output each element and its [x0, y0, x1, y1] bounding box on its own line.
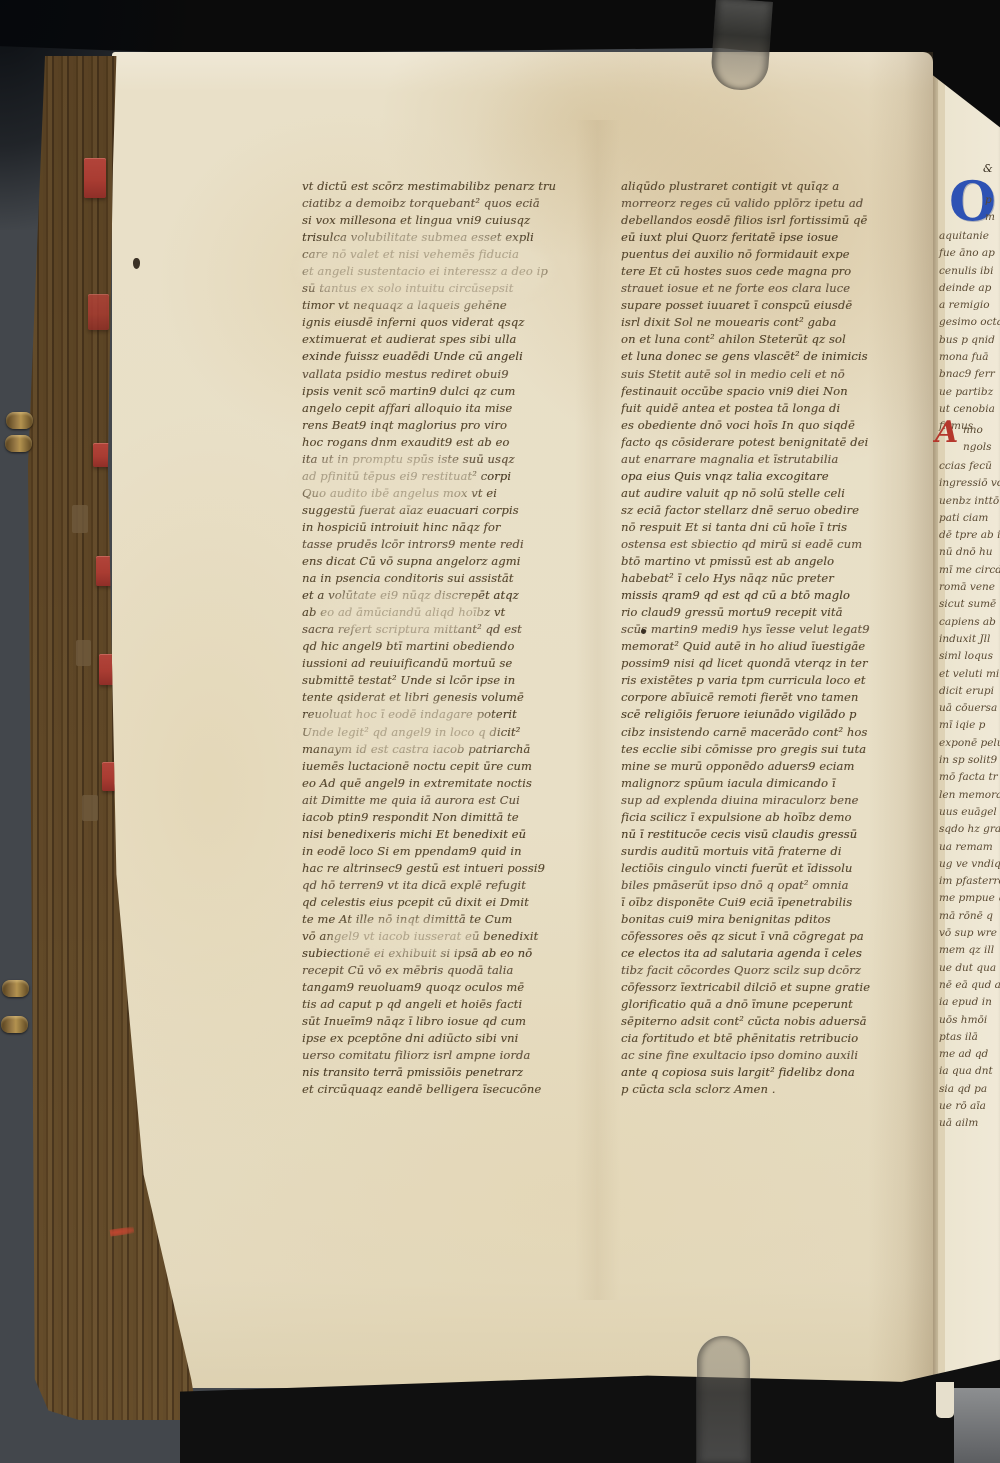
edge-text-fragment: mem qz ill — [939, 942, 1000, 959]
manuscript-line: in hospiciū introiuit hinc nāqz for — [302, 519, 588, 536]
edge-fragments-lower: ccias fecūingressiō vouenbz inttōpati ci… — [939, 458, 1000, 1133]
faded-ink-patch — [296, 452, 481, 510]
manuscript-line: ciatibz a demoibz torquebant² quos eciā — [302, 195, 588, 212]
manuscript-line: rio claud9 gressū mortu9 recepit vitā — [621, 604, 907, 621]
next-pages-edge: & O pm aquitaniefue āno apcenulis ibidei… — [933, 56, 1000, 1390]
edge-text-fragment: exponē pelu — [939, 735, 1000, 752]
text-column-left: vt dictū est scōrz mestimabilibz penarz … — [302, 178, 588, 1100]
manuscript-line: tes ecclie sibi cōmisse pro gregis sui t… — [621, 741, 907, 758]
manuscript-line: scē religiōis feruore ieiunādo vigilādo … — [621, 706, 907, 723]
manuscript-line: tangam9 reuoluam9 quoqz oculos mē — [302, 979, 588, 996]
manuscript-line: aut audire valuit qp nō solū stelle celi — [621, 485, 907, 502]
edge-text-fragment: ue dut qua — [939, 960, 1000, 977]
edge-text-fragment: pati ciam — [939, 510, 1000, 527]
manuscript-line: qd celestis eius pcepit cū dixit ei Dmit — [302, 894, 588, 911]
edge-text-fragment: ngols — [963, 439, 992, 456]
edge-text-fragment: uus euāgel — [939, 804, 1000, 821]
edge-text-fragment: mī iqie p — [939, 717, 1000, 734]
edge-text-fragment: bnac9 ferr — [939, 366, 1000, 383]
edge-text-fragment: nno — [963, 422, 992, 439]
manuscript-line: morreorz reges cū valido pplōrz ipetu ad — [621, 195, 907, 212]
strap-top — [710, 0, 773, 92]
faded-ink-patch — [318, 586, 486, 638]
text-column-right: aliqūdo plustraret contigit vt quīqz amo… — [621, 178, 907, 1100]
edge-text-fragment: sicut sumē — [939, 596, 1000, 613]
edge-text-fragment: ue rō aīa — [939, 1098, 1000, 1115]
edge-text-fragment: bus p qnid — [939, 332, 1000, 349]
edge-text-fragment: induxit Jll — [939, 631, 1000, 648]
manuscript-line: possim9 nisi qd licet quondā vterqz in t… — [621, 655, 907, 672]
manuscript-line: iussioni ad reuiuificandū mortuū se — [302, 655, 588, 672]
edge-text-fragment: romā vene — [939, 579, 1000, 596]
edge-text-fragment: len memorar — [939, 787, 1000, 804]
edge-text-fragment: uenbz inttō — [939, 493, 1000, 510]
manuscript-line: missis qram9 qd est qd cū a btō maglo — [621, 587, 907, 604]
edge-text-fragment: sqdo hz gra — [939, 821, 1000, 838]
manuscript-line: cōfessores oēs qz sicut ī vnā cōgregat p… — [621, 928, 907, 945]
manuscript-line: scūs martin9 medi9 hys īesse velut legat… — [621, 621, 907, 638]
manuscript-line: ris existētes p varia tpm curricula loco… — [621, 672, 907, 689]
manuscript-line: tasse prudēs lcōr intrors9 mente redi — [302, 536, 588, 553]
manuscript-line: memorat² Quid autē in ho aliud īuestigāe — [621, 638, 907, 655]
manuscript-line: et luna donec se gens vlascēt² de inimic… — [621, 348, 907, 365]
manuscript-line: sz eciā factor stellarz dnē seruo obedir… — [621, 502, 907, 519]
edge-text-fragment: ccias fecū — [939, 458, 1000, 475]
manuscript-line: bonitas cui9 mira benignitas pditos — [621, 911, 907, 928]
manuscript-line: vallata psidio mestus rediret obui9 — [302, 366, 588, 383]
edge-text-fragment: dicit erupi — [939, 683, 1000, 700]
manuscript-line: sēpiterno adsit cont² cūcta nobis aduers… — [621, 1013, 907, 1030]
edge-text-fragment: ingressiō vo — [939, 475, 1000, 492]
manuscript-line: hoc rogans dnm exaudit9 est ab eo — [302, 434, 588, 451]
manuscript-line: ac sine fine exultacio ipso domino auxil… — [621, 1047, 907, 1064]
manuscript-line: submittē testat² Unde si lcōr ipse in — [302, 672, 588, 689]
manuscript-line: aut enarrare magnalia et īstrutabilia — [621, 451, 907, 468]
manuscript-line: eū iuxt plui Quorz feritatē ipse iosue — [621, 229, 907, 246]
manuscript-line: ce electos ita ad salutaria agenda ī cel… — [621, 945, 907, 962]
manuscript-line: p cūcta scla sclorz Amen . — [621, 1081, 907, 1098]
edge-text-fragment: aquitanie — [939, 228, 1000, 245]
manuscript-line: habebat² ī celo Hys nāqz nūc preter — [621, 570, 907, 587]
manuscript-line: ait Dimitte me quia iā aurora est Cui — [302, 792, 588, 809]
edge-text-fragment: mī me circd — [939, 562, 1000, 579]
edge-text-fragment: sia qd pa — [939, 1081, 1000, 1098]
edge-text-fragment: siml loqus — [939, 648, 1000, 665]
manuscript-line: extimuerat et audierat spes sibi ulla — [302, 331, 588, 348]
manuscript-line: facto qs cōsiderare potest benignitatē d… — [621, 434, 907, 451]
manuscript-line: btō martino vt pmissū est ab angelo — [621, 553, 907, 570]
manuscript-photo: & O pm aquitaniefue āno apcenulis ibidei… — [0, 0, 1000, 1463]
clasp-knob — [6, 412, 33, 429]
manuscript-line: qd hic angel9 btī martini obediendo — [302, 638, 588, 655]
manuscript-line: malignorz spūum iacula dimicando ī — [621, 775, 907, 792]
manuscript-line: na in psencia conditoris sui assistāt — [302, 570, 588, 587]
edge-text-fragment: a remigio — [939, 297, 1000, 314]
edge-text-fragment: deinde ap — [939, 280, 1000, 297]
manuscript-line: nisi benedixeris michi Et benedixit eū — [302, 826, 588, 843]
ink-speck — [133, 258, 140, 269]
manuscript-line: eo Ad quē angel9 in extremitate noctis — [302, 775, 588, 792]
edge-text-beside-a: nnongols — [963, 422, 992, 457]
edge-text-fragment: im pfasterre — [939, 873, 1000, 890]
edge-text-fragment: mō facta tr — [939, 769, 1000, 786]
manuscript-line: iuemēs luctacionē noctu cepit ūre cum — [302, 758, 588, 775]
manuscript-line: aliqūdo plustraret contigit vt quīqz a — [621, 178, 907, 195]
edge-text-fragment: ua remam — [939, 839, 1000, 856]
bookmark-tab — [93, 443, 113, 467]
edge-text-fragment: uōs hmōi — [939, 1012, 1000, 1029]
bookmark-tab-remnant — [82, 795, 98, 821]
edge-text-beside-o: pm — [985, 192, 995, 227]
manuscript-line: ficia scilicz ī expulsione ab hoībz demo — [621, 809, 907, 826]
manuscript-line: biles pmāserūt ipso dnō q opat² omnia — [621, 877, 907, 894]
manuscript-line: lectiōis cingulo vincti fuerūt et īdisso… — [621, 860, 907, 877]
manuscript-line: tibz facit cōcordes Quorz scilz sup dcōr… — [621, 962, 907, 979]
manuscript-line: vt dictū est scōrz mestimabilibz penarz … — [302, 178, 588, 195]
manuscript-line: cibz insistendo carnē macerādo cont² hos — [621, 724, 907, 741]
manuscript-line: exinde fuissz euadēdi Unde cū angeli — [302, 348, 588, 365]
edge-text-fragment: uā cōuersa — [939, 700, 1000, 717]
manuscript-line: si vox millesona et lingua vni9 cuiusqz — [302, 212, 588, 229]
manuscript-line: debellandos eosdē filios isrl fortissimū… — [621, 212, 907, 229]
manuscript-line: festinauit occūbe spacio vni9 diei Non — [621, 383, 907, 400]
manuscript-line: ī oībz disponēte Cui9 eciā īpenetrabilis — [621, 894, 907, 911]
edge-text-fragment: mā rōnē q — [939, 908, 1000, 925]
manuscript-line: cia fortitudo et btē phēnitatis retribuc… — [621, 1030, 907, 1047]
edge-text-fragment: nē eā qud an — [939, 977, 1000, 994]
manuscript-line: fuit quidē antea et postea tā longa di — [621, 400, 907, 417]
edge-text-fragment: m — [985, 209, 995, 226]
manuscript-line: on et luna cont² ahilon Steterūt qz sol — [621, 331, 907, 348]
edge-text-fragment: in sp solit9 e — [939, 752, 1000, 769]
bookmark-tab — [84, 158, 106, 198]
manuscript-line: qd hō terren9 vt ita dicā explē refugit — [302, 877, 588, 894]
strap-bottom — [697, 1336, 750, 1463]
edge-fragments-upper: aquitaniefue āno apcenulis ibideinde apa… — [939, 228, 1000, 436]
edge-text-fragment: gesimo octa — [939, 314, 1000, 331]
manuscript-line: nū ī restitucōe cecis visū claudis gress… — [621, 826, 907, 843]
manuscript-line: tere Et cū hostes suos cede magna pro — [621, 263, 907, 280]
manuscript-line: angelo cepit affari alloquio ita mise — [302, 400, 588, 417]
manuscript-line: supare posset iuuaret ī conspcū eiusdē — [621, 297, 907, 314]
faded-ink-patch — [303, 700, 498, 758]
edge-text-fragment: p — [985, 192, 995, 209]
ink-speck — [641, 629, 646, 634]
clasp-knob — [2, 980, 29, 997]
manuscript-line: rens Beat9 inqt maglorius pro viro — [302, 417, 588, 434]
manuscript-line: ens dicat Cū vō supna angelorz agmi — [302, 553, 588, 570]
manuscript-line: corpore abīuicē remoti fierēt vno tamen — [621, 689, 907, 706]
manuscript-line: suis Stetit autē sol in medio celi et nō — [621, 366, 907, 383]
edge-text-fragment: ia epud in — [939, 994, 1000, 1011]
edge-text-fragment: et veluti mi — [939, 666, 1000, 683]
edge-text-fragment: ia qua dnt — [939, 1063, 1000, 1080]
bookmark-tab-remnant — [72, 505, 88, 533]
rubric-initial-a: A — [935, 418, 958, 448]
manuscript-line: puentus dei auxilio nō formidauit expe — [621, 246, 907, 263]
manuscript-line: ignis eiusdē inferni quos viderat qsqz — [302, 314, 588, 331]
edge-text-fragment: me pmpue q — [939, 890, 1000, 907]
clasp-knob — [5, 435, 32, 452]
manuscript-line: sūt Inueīm9 nāqz ī libro iosue qd cum — [302, 1013, 588, 1030]
manuscript-line: ipse ex pceptōne dni adiūcto sibi vni — [302, 1030, 588, 1047]
edge-text-fragment: dē tpre ab i — [939, 527, 1000, 544]
manuscript-line: ante q copiosa suis largit² fidelibz don… — [621, 1064, 907, 1081]
manuscript-line: tis ad caput p qd angeli et hoiēs facti — [302, 996, 588, 1013]
manuscript-line: mine se murū opponēdo aduers9 eciam — [621, 758, 907, 775]
edge-text-fragment: ug ve vndiq — [939, 856, 1000, 873]
manuscript-line: nis transito terrā pmissiōis penetrarz — [302, 1064, 588, 1081]
manuscript-line: et circūquaqz eandē belligera īsecucōne — [302, 1081, 588, 1098]
manuscript-line: ipsis venit scō martin9 dulci qz cum — [302, 383, 588, 400]
bookmark-tab-remnant — [76, 640, 91, 666]
manuscript-line: in eodē loco Si em ppendam9 quid in — [302, 843, 588, 860]
manuscript-line: glorificatio quā a dnō īmune pceperunt — [621, 996, 907, 1013]
edge-text-fragment: vō sup wre n — [939, 925, 1000, 942]
manuscript-line: opa eius Quis vnqz talia excogitare — [621, 468, 907, 485]
manuscript-line: ostensa est sbiectio qd mirū si eadē cum — [621, 536, 907, 553]
edge-text-fragment: fue āno ap — [939, 245, 1000, 262]
page-edge-tongue — [936, 1382, 954, 1418]
manuscript-line: isrl dixit Sol ne mouearis cont² gaba — [621, 314, 907, 331]
edge-text-fragment: uā ailm — [939, 1115, 1000, 1132]
edge-text-fragment: cenulis ibi — [939, 263, 1000, 280]
manuscript-line: strauet iosue et ne forte eos clara luce — [621, 280, 907, 297]
edge-text-fragment: ptas ilā — [939, 1029, 1000, 1046]
manuscript-line: sup ad explenda diuina miraculorz bene — [621, 792, 907, 809]
manuscript-line: uerso comitatu filiorz isrl ampne iorda — [302, 1047, 588, 1064]
manuscript-line: es obediente dnō voci hoīs In quo siqdē — [621, 417, 907, 434]
edge-text-fragment: nū dnō hu — [939, 544, 1000, 561]
clasp-knob — [1, 1016, 28, 1033]
manuscript-line: hac re altrinsec9 gestū est intueri poss… — [302, 860, 588, 877]
faded-ink-patch — [300, 228, 550, 310]
bookmark-tab — [88, 294, 109, 330]
manuscript-line: recepit Cū vō ex mēbris quodā talia — [302, 962, 588, 979]
faded-ink-patch — [330, 918, 480, 958]
manuscript-line: cōfessorz īextricabil dilciō et supne gr… — [621, 979, 907, 996]
cradle-support — [954, 1388, 1000, 1463]
edge-text-fragment: capiens ab — [939, 614, 1000, 631]
manuscript-line: iacob ptin9 respondit Non dimittā te — [302, 809, 588, 826]
edge-text-fragment: me ad qd — [939, 1046, 1000, 1063]
manuscript-line: nō respuit Et si tanta dni cū hoīe ī tri… — [621, 519, 907, 536]
manuscript-line: surdis auditū mortuis vitā fraterne di — [621, 843, 907, 860]
edge-text-fragment: mona fuā — [939, 349, 1000, 366]
edge-text-fragment: ue partibz — [939, 384, 1000, 401]
